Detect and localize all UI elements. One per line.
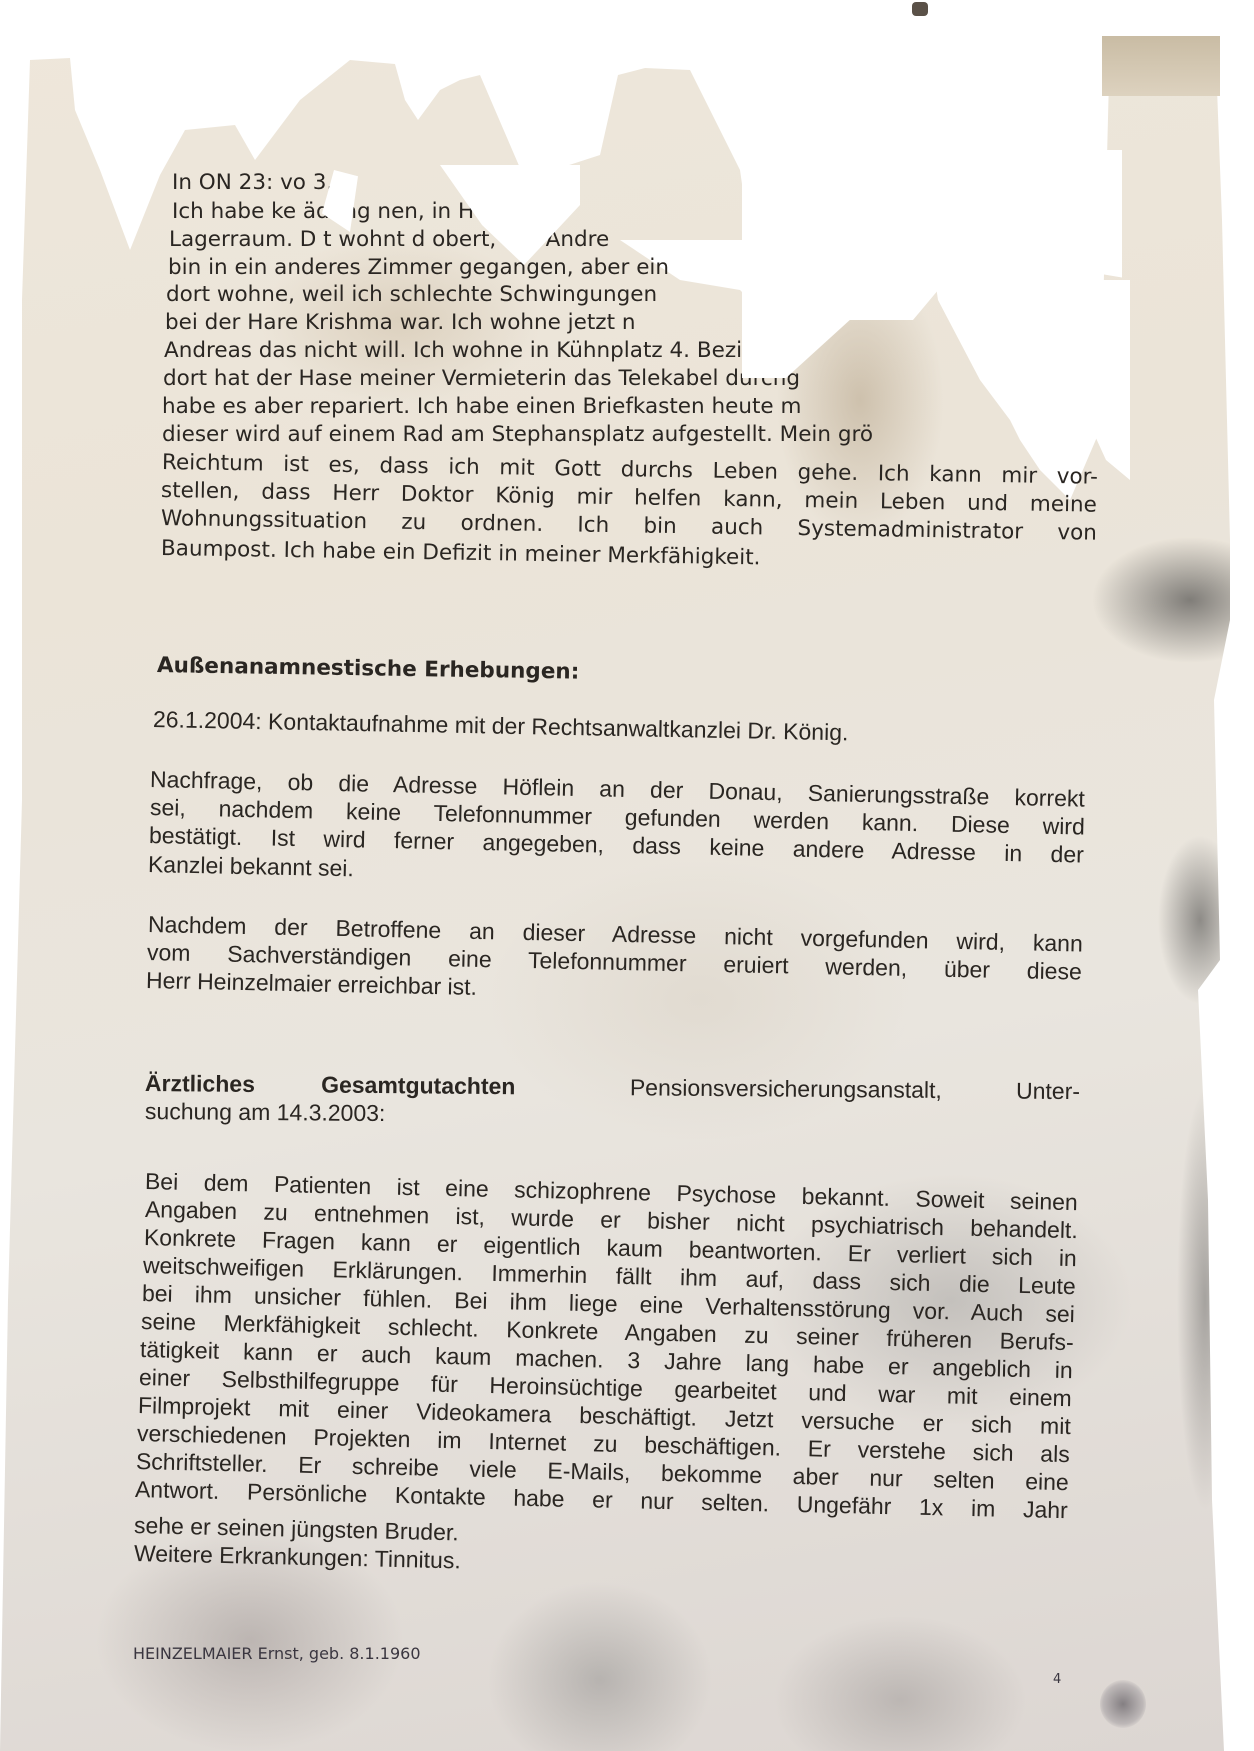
statement-line: habe es aber repariert. Ich habe einen B… xyxy=(162,396,801,418)
stain-mark xyxy=(1100,1680,1146,1728)
statement-line: bin in ein anderes Zimmer gegangen, aber… xyxy=(168,257,669,279)
statement-line: dieser wird auf einem Rad am Stephanspla… xyxy=(162,424,873,446)
statement-line: dort wohne, weil ich schlechte Schwingun… xyxy=(166,284,657,306)
paragraph-line: Kanzlei bekannt sei. xyxy=(148,853,354,880)
section-heading: Ärztliches Gesamtgutachten xyxy=(145,1070,516,1099)
heading-date-line: suchung am 14.3.2003: xyxy=(145,1100,386,1125)
section-heading: Außenanamnestische Erhebungen: xyxy=(157,655,580,683)
footer-patient-name: HEINZELMAIER Ernst, geb. 8.1.1960 xyxy=(133,1644,421,1663)
heading-source: Pensionsversicherungsanstalt, Unter- xyxy=(630,1074,1080,1104)
page-number: 4 xyxy=(1053,1672,1061,1687)
statement-line: bei der Hare Krishma war. Ich wohne jetz… xyxy=(165,312,635,334)
paper-corner-fragment xyxy=(1102,36,1220,96)
paper-debris-speck xyxy=(912,2,928,16)
tear-hole xyxy=(1050,280,1130,480)
statement-line: In ON 23: vo 3. xyxy=(172,172,333,194)
statement-line: dort hat der Hase meiner Vermieterin das… xyxy=(163,368,800,390)
statement-line: Andreas das nicht will. Ich wohne in Küh… xyxy=(164,340,751,362)
